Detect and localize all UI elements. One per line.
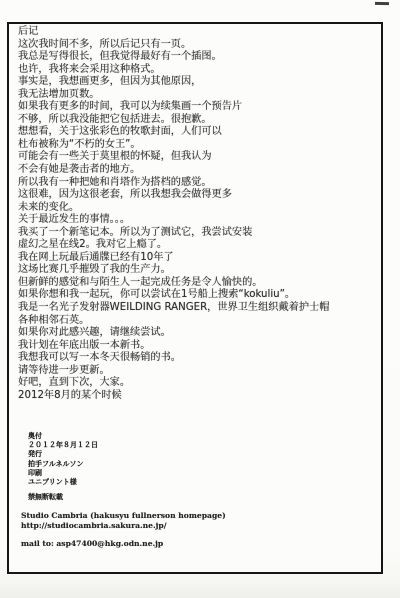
afterword-line: 不够，所以我没能把它包括进去。很抱歉。 — [18, 114, 329, 127]
afterword-line: 我计划在年底出版一本新书。 — [18, 340, 329, 353]
afterword-line: 2012年8月的某个时候 — [18, 390, 329, 403]
afterword-line: 各种相邻石英。 — [18, 315, 329, 328]
afterword-title: 后记 — [18, 26, 329, 39]
afterword-line: 如果你对此感兴趣，请继续尝试。 — [18, 327, 329, 340]
homepage-url: http://studiocambria.sakura.ne.jp/ — [21, 521, 226, 531]
afterword-line: 如果我有更多的时间，我可以为续集画一个预告片 — [18, 101, 329, 114]
colophon-line: 発行 — [28, 449, 98, 458]
colophon-line: 印刷 — [28, 468, 98, 477]
afterword-line: 我总是写得很长，但我觉得最好有一个插图。 — [18, 51, 329, 64]
afterword-line: 请等待进一步更新。 — [18, 365, 329, 378]
scan-bottom-shading — [0, 582, 400, 598]
afterword-line: 也许，我将来会采用这种格式。 — [18, 64, 329, 77]
afterword-line: 这次我时间不多，所以后记只有一页。 — [18, 39, 329, 52]
afterword-line: 我无法增加页数。 — [18, 89, 329, 102]
colophon-block: 奥付２０１２年８月１２日発行拍手フルネルソン印刷ユニプリント様 禁無断転載 — [28, 431, 98, 501]
afterword-line: 但新鲜的感觉和与陌生人一起完成任务是令人愉快的。 — [18, 277, 329, 290]
colophon-lines: 奥付２０１２年８月１２日発行拍手フルネルソン印刷ユニプリント様 — [28, 431, 98, 486]
afterword-line: 好吧，直到下次，大家。 — [18, 377, 329, 390]
afterword-line: 虚幻之星在线2。我对它上瘾了。 — [18, 239, 329, 252]
afterword-line: 事实是，我想画更多，但因为其他原因， — [18, 76, 329, 89]
afterword-lines: 这次我时间不多，所以后记只有一页。我总是写得很长，但我觉得最好有一个插图。也许，… — [18, 39, 329, 403]
afterword-line: 这场比赛几乎摧毁了我的生产力。 — [18, 264, 329, 277]
afterword-line: 不会有她是袭击者的地方。 — [18, 164, 329, 177]
afterword-line: 关于最近发生的事情。。。 — [18, 214, 329, 227]
afterword-body: 后记 这次我时间不多，所以后记只有一页。我总是写得很长，但我觉得最好有一个插图。… — [18, 26, 329, 402]
afterword-line: 杜布被称为“不朽的女王”。 — [18, 139, 329, 152]
afterword-line: 这很难，因为这很老套，所以我想我会做得更多 — [18, 189, 329, 202]
colophon-line: 奥付 — [28, 431, 98, 440]
mail-address-line: mail to: asp47400@hkg.odn.ne.jp — [21, 539, 226, 549]
afterword-line: 我是一名光子发射器WEILDING RANGER，世界卫生组织戴着护士帽 — [18, 302, 329, 315]
scanned-afterword-page: 后记 这次我时间不多，所以后记只有一页。我总是写得很长，但我觉得最好有一个插图。… — [0, 0, 400, 598]
afterword-line: 想想看，关于这张彩色的牧歌封面，人们可以 — [18, 126, 329, 139]
afterword-line: 如果你想和我一起玩，你可以尝试在1号船上搜索“kokuliu”。 — [18, 289, 329, 302]
scan-artifact-mark — [375, 2, 389, 5]
afterword-line: 我买了一个新笔记本。所以为了测试它，我尝试安装 — [18, 227, 329, 240]
afterword-line: 所以我有一种把她和肖塔作为搭档的感觉。 — [18, 177, 329, 190]
colophon-line: ユニプリント様 — [28, 477, 98, 486]
studio-name-line: Studio Cambria (hakusyu fullnerson homep… — [21, 511, 226, 521]
afterword-line: 未来的变化。 — [18, 202, 329, 215]
afterword-line: 可能会有一些关于莫里根的怀疑，但我认为 — [18, 151, 329, 164]
afterword-line: 我在网上玩最后通牒已经有10年了 — [18, 252, 329, 265]
contact-block: Studio Cambria (hakusyu fullnerson homep… — [21, 511, 226, 549]
colophon-line: 拍手フルネルソン — [28, 459, 98, 468]
reproduction-prohibited-notice: 禁無断転載 — [28, 492, 98, 501]
afterword-line: 我想我可以写一本冬天很畅销的书。 — [18, 352, 329, 365]
